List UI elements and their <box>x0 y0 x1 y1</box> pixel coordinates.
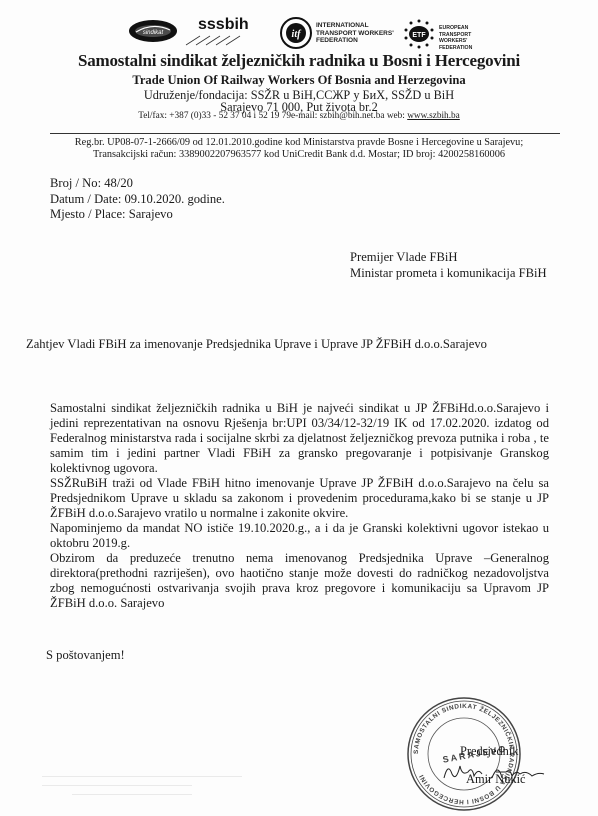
document-number: Broj / No: 48/20 <box>50 176 225 192</box>
itf-logo: itf INTERNATIONAL TRANSPORT WORKERS' FED… <box>280 16 400 50</box>
signature-role: Predsjednik <box>460 744 519 759</box>
letter-subject: Zahtjev Vladi FBiH za imenovanje Predsje… <box>26 337 487 352</box>
body-paragraph: SSŽRuBiH traži od Vlade FBiH hitno imeno… <box>50 476 549 521</box>
railway-union-logo-icon: sindikat <box>128 18 178 44</box>
registration-line: Reg.br. UP08-07-1-2666/09 od 12.01.2010.… <box>0 137 598 148</box>
organization-title: Samostalni sindikat željezničkih radnika… <box>0 51 598 71</box>
document-meta: Broj / No: 48/20 Datum / Date: 09.10.202… <box>50 176 225 223</box>
itf-globe-icon: itf <box>280 16 312 50</box>
document-date: Datum / Date: 09.10.2020. godine. <box>50 192 225 208</box>
letterhead-logos: sindikat sssbih itf INTERNATIONAL TRANSP… <box>128 16 468 50</box>
website-link[interactable]: www.szbih.ba <box>407 111 460 121</box>
recipient-line-1: Premijer Vlade FBiH <box>350 250 547 266</box>
svg-text:sindikat: sindikat <box>143 30 164 36</box>
letter-body: Samostalni sindikat željezničkih radnika… <box>50 401 549 611</box>
contact-line: Tel/fax: +387 (0)33 - 52 37 04 i 52 19 7… <box>0 111 598 121</box>
etf-logo: ETF EUROPEAN TRANSPORT WORKERS' FEDERATI… <box>403 18 483 50</box>
organization-subtitle: Trade Union Of Railway Workers Of Bosnia… <box>0 73 598 88</box>
svg-text:ETF: ETF <box>412 32 426 39</box>
sssbih-logo: sssbih <box>184 16 254 46</box>
closing-salutation: S poštovanjem! <box>46 648 125 663</box>
recipient-block: Premijer Vlade FBiH Ministar prometa i k… <box>350 250 547 281</box>
etf-stars-icon: ETF <box>403 18 435 50</box>
sssbih-stripes-icon <box>184 30 254 46</box>
recipient-line-2: Ministar prometa i komunikacija FBiH <box>350 266 547 282</box>
body-paragraph: Obzirom da preduzeće trenutno nema imeno… <box>50 551 549 611</box>
bank-line: Transakcijski račun: 3389002207963577 ko… <box>0 149 598 160</box>
body-paragraph: Napominjemo da mandat NO ističe 19.10.20… <box>50 521 549 551</box>
signatory-name: Amir Nukić <box>466 772 526 787</box>
header-divider <box>50 133 560 134</box>
document-place: Mjesto / Place: Sarajevo <box>50 207 225 223</box>
body-paragraph: Samostalni sindikat željezničkih radnika… <box>50 401 549 476</box>
bleed-through-text <box>42 770 252 810</box>
